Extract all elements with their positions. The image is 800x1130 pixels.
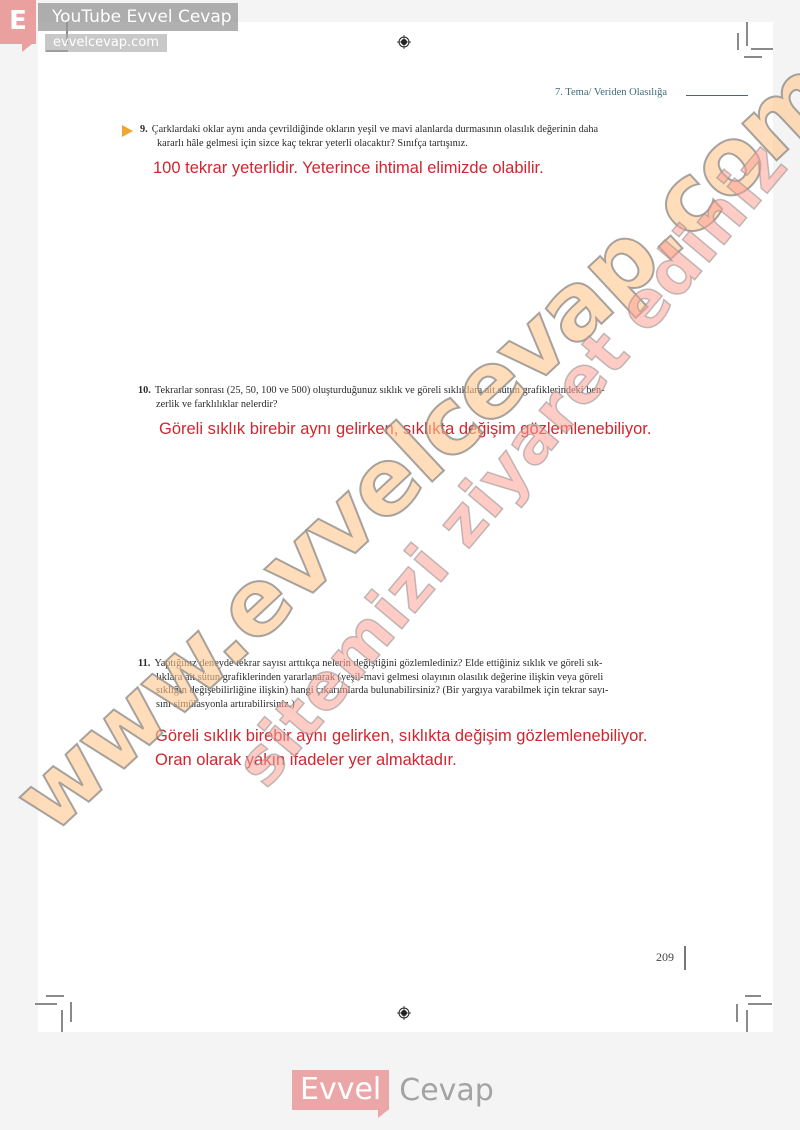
footer-logo-cevap: Cevap [399,1073,494,1108]
registration-mark-icon [397,1006,411,1020]
answer-10: Göreli sıklık birebir aynı gelirken, sık… [159,417,651,441]
section-header: 7. Tema/ Veriden Olasılığa [555,87,667,98]
question-9: 9.Çarklardaki oklar aynı anda çevrildiği… [140,123,688,150]
question-number: 10. [138,385,151,396]
question-number: 9. [140,124,148,135]
question-11: 11.Yaptığınız deneyde tekrar sayısı artt… [138,657,688,711]
registration-mark-icon [397,35,411,49]
answer-9: 100 tekrar yeterlidir. Yeterince ihtimal… [153,156,544,180]
brand-logo-icon: E [0,0,36,44]
footer-logo-evvel: Evvel [292,1070,389,1110]
question-10: 10.Tekrarlar sonrası (25, 50, 100 ve 500… [138,384,688,411]
answer-11: Göreli sıklık birebir aynı gelirken, sık… [155,724,647,772]
question-number: 11. [138,658,150,669]
page-number: 209 [656,950,674,965]
arrow-marker-icon [122,125,133,137]
header-rule [686,95,748,96]
channel-name: YouTube Evvel Cevap [38,3,238,31]
channel-url: evvelcevap.com [45,34,167,52]
footer-logo: Evvel Cevap [292,1070,494,1110]
page-number-bar [684,946,686,970]
